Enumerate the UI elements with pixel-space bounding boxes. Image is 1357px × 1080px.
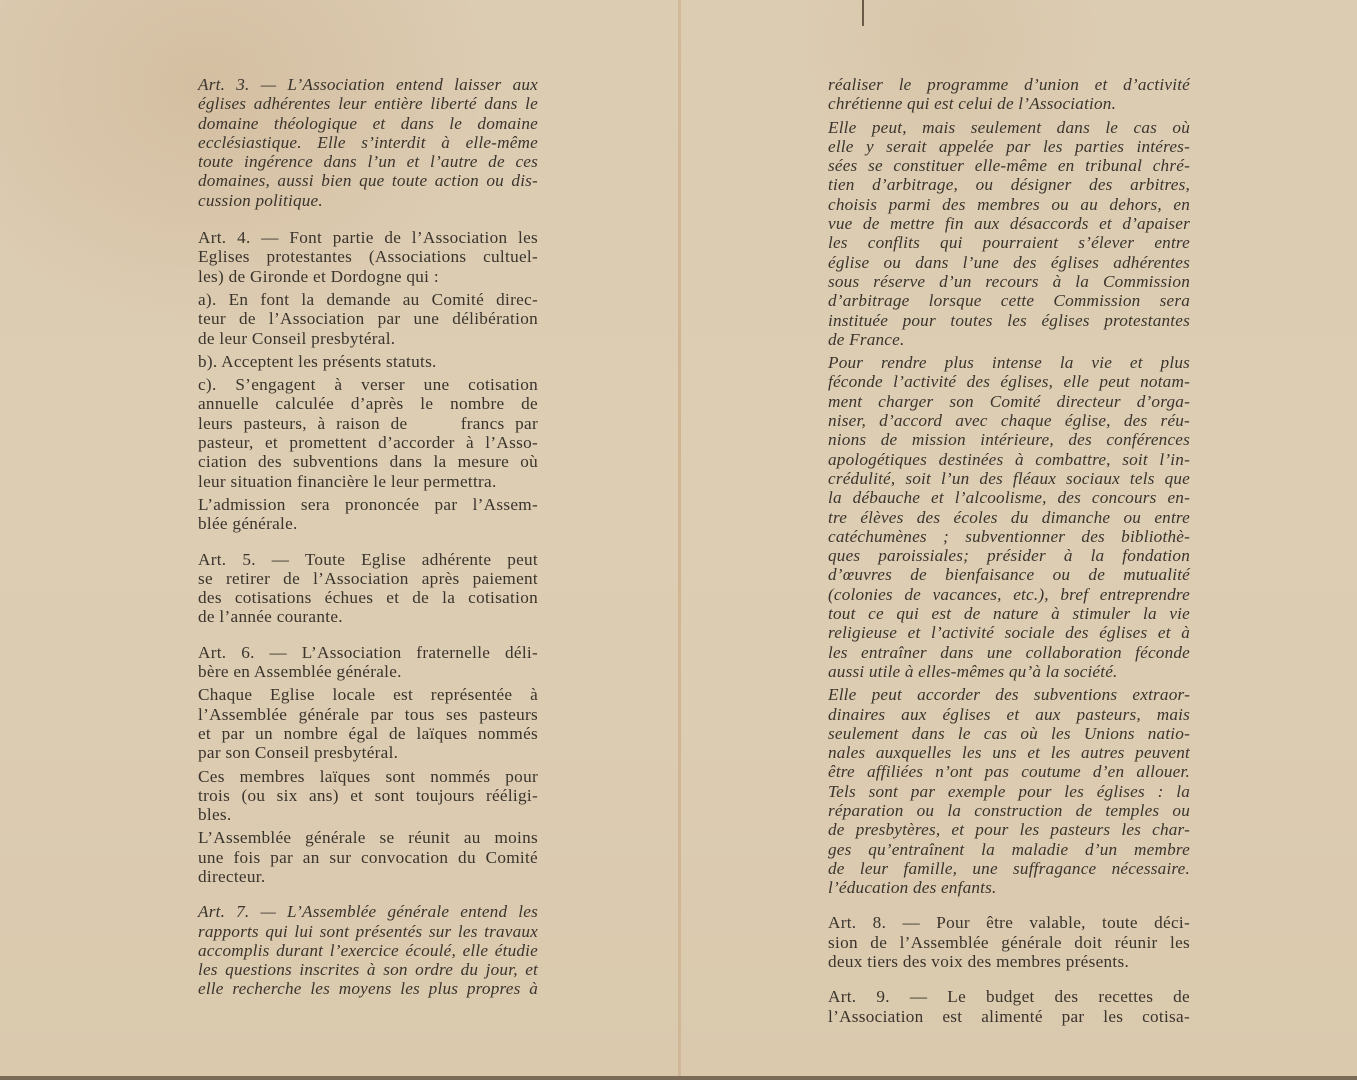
- text-line: L’admission sera prononcée par l’Assem-: [198, 495, 538, 514]
- text-line: d’arbitrage lorsque cette Commission ser…: [828, 291, 1190, 310]
- text-line: cussion politique.: [198, 191, 538, 210]
- article-7-subsidies: Elle peut accorder des subventions extra…: [828, 685, 1190, 897]
- text-line: Elle peut, mais seulement dans le cas où: [828, 118, 1190, 137]
- text-line: nales auxquelles les uns et les autres p…: [828, 743, 1190, 762]
- paper-bottom-edge: [0, 1076, 1357, 1080]
- text-line: apologétiques destinées à combattre, soi…: [828, 450, 1190, 469]
- text-line: tout ce qui est de nature à stimuler la …: [828, 604, 1190, 623]
- text-line: tien d’arbitrage, ou désigner des arbitr…: [828, 175, 1190, 194]
- text-line: de presbytères, et pour les pasteurs les…: [828, 820, 1190, 839]
- text-line: bère en Assemblée générale.: [198, 662, 538, 681]
- text-line: domaines, aussi bien que toute action ou…: [198, 171, 538, 190]
- text-line: des cotisations échues et de la cotisati…: [198, 588, 538, 607]
- text-line: elle y serait appelée par les parties in…: [828, 137, 1190, 156]
- text-line: ecclésiastique. Elle s’interdit à elle-m…: [198, 133, 538, 152]
- text-line: dinaires aux églises et aux pasteurs, ma…: [828, 705, 1190, 724]
- text-line: Art. 3. — L’Association entend laisser a…: [198, 75, 538, 94]
- text-line: Art. 9. — Le budget des recettes de: [828, 987, 1190, 1006]
- text-line: ciation des subventions dans la mesure o…: [198, 452, 538, 471]
- text-line: de France.: [828, 330, 1190, 349]
- text-line: et par un nombre égal de laïques nommés: [198, 724, 538, 743]
- text-line: ment charger son Comité directeur d’orga…: [828, 392, 1190, 411]
- text-line: sées se constituer elle-même en tribunal…: [828, 156, 1190, 175]
- text-line: Pour rendre plus intense la vie et plus: [828, 353, 1190, 372]
- text-line: l’Assemblée générale par tous ses pasteu…: [198, 705, 538, 724]
- text-line: leur situation financière le leur permet…: [198, 472, 538, 491]
- article-6: Art. 6. — L’Association fraternelle déli…: [198, 643, 538, 682]
- paper-tear-mark: [862, 0, 864, 26]
- article-6-paragraph-2: Ces membres laïques sont nommés pour tro…: [198, 767, 538, 825]
- text-line: les conflits qui pourraient s’élever ent…: [828, 233, 1190, 252]
- right-page-column: réaliser le programme d’union et d’activ…: [828, 75, 1190, 1030]
- text-line: pasteur, et promettent d’accorder à l’As…: [198, 433, 538, 452]
- text-line: ques paroissiales; présider à la fondati…: [828, 546, 1190, 565]
- text-line: accomplis durant l’exercice écoulé, elle…: [198, 941, 538, 960]
- text-line: rapports qui lui sont présentés sur les …: [198, 922, 538, 941]
- text-line: tre élèves des écoles du dimanche ou ent…: [828, 508, 1190, 527]
- article-7-activities: Pour rendre plus intense la vie et plus …: [828, 353, 1190, 681]
- left-page-column: Art. 3. — L’Association entend laisser a…: [198, 75, 538, 1003]
- text-line: une fois par an sur convocation du Comit…: [198, 848, 538, 867]
- text-line: catéchumènes ; subventionner des bibliot…: [828, 527, 1190, 546]
- text-line: la débauche et l’alcoolisme, des concour…: [828, 488, 1190, 507]
- text-line: directeur.: [198, 867, 538, 886]
- text-line: être affiliées n’ont pas coutume d’en al…: [828, 762, 1190, 781]
- article-9: Art. 9. — Le budget des recettes de l’As…: [828, 987, 1190, 1026]
- text-line: Art. 8. — Pour être valable, toute déci-: [828, 913, 1190, 932]
- text-line: les questions inscrites à son ordre du j…: [198, 960, 538, 979]
- text-line: domaine théologique et dans le domaine: [198, 114, 538, 133]
- text-line: annuelle calculée d’après le nombre de: [198, 394, 538, 413]
- text-line: églises adhérentes leur entière liberté …: [198, 94, 538, 113]
- article-7-continued: réaliser le programme d’union et d’activ…: [828, 75, 1190, 114]
- text-line: Chaque Eglise locale est représentée à: [198, 685, 538, 704]
- text-line: sous réserve d’un recours à la Commissio…: [828, 272, 1190, 291]
- text-line: elle recherche les moyens les plus propr…: [198, 979, 538, 998]
- article-3: Art. 3. — L’Association entend laisser a…: [198, 75, 538, 210]
- text-line: leurs pasteurs, à raison de francs par: [198, 414, 538, 433]
- article-4-item-b: b). Acceptent les présents statuts.: [198, 352, 538, 371]
- page-fold-crease: [678, 0, 681, 1080]
- text-line: Eglises protestantes (Associations cultu…: [198, 247, 538, 266]
- text-line: choisis parmi des membres ou au dehors, …: [828, 195, 1190, 214]
- text-line: sion de l’Assemblée générale doit réunir…: [828, 933, 1190, 952]
- text-line: religieuse et l’activité sociale des égl…: [828, 623, 1190, 642]
- text-line: ges qu’entraînent la maladie d’un membre: [828, 840, 1190, 859]
- text-line: Art. 4. — Font partie de l’Association l…: [198, 228, 538, 247]
- text-line: instituée pour toutes les églises protes…: [828, 311, 1190, 330]
- text-line: d’œuvres de bienfaisance ou de mutualité: [828, 565, 1190, 584]
- text-line: vue de mettre fin aux désaccords et d’ap…: [828, 214, 1190, 233]
- text-line: de leur Conseil presbytéral.: [198, 329, 538, 348]
- text-line: église ou dans l’une des églises adhéren…: [828, 253, 1190, 272]
- text-line: blée générale.: [198, 514, 538, 533]
- article-6-paragraph-1: Chaque Eglise locale est représentée à l…: [198, 685, 538, 762]
- text-line: toute ingérence dans l’un et l’autre de …: [198, 152, 538, 171]
- text-line: L’Assemblée générale se réunit au moins: [198, 828, 538, 847]
- text-line: de l’année courante.: [198, 607, 538, 626]
- text-line: Tels sont par exemple pour les églises :…: [828, 782, 1190, 801]
- text-line: les) de Gironde et Dordogne qui :: [198, 267, 538, 286]
- article-4-item-c: c). S’engagent à verser une cotisation a…: [198, 375, 538, 491]
- text-line: a). En font la demande au Comité direc-: [198, 290, 538, 309]
- text-line: l’Association est alimenté par les cotis…: [828, 1007, 1190, 1026]
- article-7-arbitration: Elle peut, mais seulement dans le cas où…: [828, 118, 1190, 350]
- text-line: Art. 5. — Toute Eglise adhérente peut: [198, 550, 538, 569]
- article-6-paragraph-3: L’Assemblée générale se réunit au moins …: [198, 828, 538, 886]
- text-line: seulement dans le cas où les Unions nati…: [828, 724, 1190, 743]
- text-line: nions de mission intérieure, des confére…: [828, 430, 1190, 449]
- article-7: Art. 7. — L’Assemblée générale entend le…: [198, 902, 538, 998]
- text-line: c). S’engagent à verser une cotisation: [198, 375, 538, 394]
- text-line: Art. 6. — L’Association fraternelle déli…: [198, 643, 538, 662]
- text-line: teur de l’Association par une délibérati…: [198, 309, 538, 328]
- article-4: Art. 4. — Font partie de l’Association l…: [198, 228, 538, 286]
- text-line: niser, d’accord avec chaque église, des …: [828, 411, 1190, 430]
- text-line: Ces membres laïques sont nommés pour: [198, 767, 538, 786]
- text-line: l’éducation des enfants.: [828, 878, 1190, 897]
- text-line: Elle peut accorder des subventions extra…: [828, 685, 1190, 704]
- text-line: bles.: [198, 805, 538, 824]
- article-5: Art. 5. — Toute Eglise adhérente peut se…: [198, 550, 538, 627]
- article-8: Art. 8. — Pour être valable, toute déci-…: [828, 913, 1190, 971]
- text-line: b). Acceptent les présents statuts.: [198, 352, 538, 371]
- text-line: (colonies de vacances, etc.), bref entre…: [828, 585, 1190, 604]
- scanned-document-spread: Art. 3. — L’Association entend laisser a…: [0, 0, 1357, 1080]
- text-line: aussi utile à elles-mêmes qu’à la sociét…: [828, 662, 1190, 681]
- text-line: par son Conseil presbytéral.: [198, 743, 538, 762]
- text-line: féconde l’activité des églises, elle peu…: [828, 372, 1190, 391]
- text-line: trois (ou six ans) et sont toujours réél…: [198, 786, 538, 805]
- text-line: réparation ou la construction de temples…: [828, 801, 1190, 820]
- text-line: chrétienne qui est celui de l’Associatio…: [828, 94, 1190, 113]
- text-line: Art. 7. — L’Assemblée générale entend le…: [198, 902, 538, 921]
- text-line: réaliser le programme d’union et d’activ…: [828, 75, 1190, 94]
- text-line: de leur famille, une suffragance nécessa…: [828, 859, 1190, 878]
- article-4-item-a: a). En font la demande au Comité direc- …: [198, 290, 538, 348]
- text-line: se retirer de l’Association après paieme…: [198, 569, 538, 588]
- text-line: crédulité, soit l’un des fléaux sociaux …: [828, 469, 1190, 488]
- text-line: deux tiers des voix des membres présents…: [828, 952, 1190, 971]
- text-line: les entraîner dans une collaboration féc…: [828, 643, 1190, 662]
- article-4-admission: L’admission sera prononcée par l’Assem- …: [198, 495, 538, 534]
